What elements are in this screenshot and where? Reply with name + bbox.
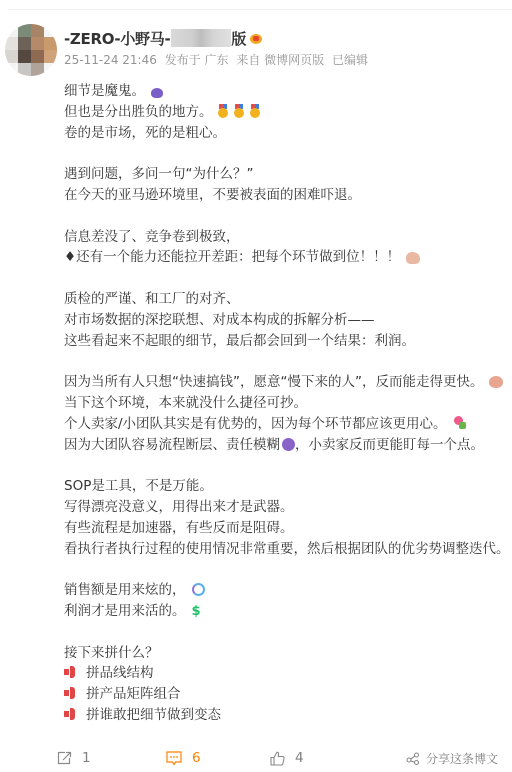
content-line: 卷的是市场，死的是粗心。 — [64, 123, 509, 144]
edited-label[interactable]: 已编辑 — [332, 53, 368, 67]
comment-count: 6 — [192, 750, 201, 766]
devil-icon — [151, 88, 163, 98]
repost-icon — [57, 751, 72, 765]
bullet-item: 拼产品矩阵组合 — [64, 684, 509, 705]
content-line: 对市场数据的深挖联想、对成本构成的拆解分析—— — [64, 310, 509, 331]
heart-hands-icon — [489, 376, 503, 388]
blank-line — [64, 559, 509, 580]
content-line: 信息差没了、竞争卷到极致， — [64, 227, 509, 248]
content-line: 因为当所有人只想“快速搞钱”，愿意“慢下来的人”，反而能走得更快。 — [64, 372, 509, 393]
post-header: -ZERO-小野马- 版 25-11-24 21:46 发布于 广东 来自 微博… — [64, 28, 372, 68]
redacted-name-block — [171, 29, 231, 47]
post-time[interactable]: 25-11-24 21:46 — [64, 53, 157, 67]
repost-count: 1 — [82, 750, 91, 766]
username-tail[interactable]: 版 — [231, 28, 246, 49]
blank-line — [64, 455, 509, 476]
content-line: 因为大团队容易流程断层、责任模糊，小卖家反而更能盯每一个点。 — [64, 435, 509, 456]
content-line: 写得漂亮没意义，用得出来才是武器。 — [64, 497, 509, 518]
comment-icon — [166, 751, 182, 766]
content-line: 看执行者执行过程的使用情况非常重要，然后根据团队的优劣势调整迭代。 — [64, 539, 509, 560]
muscle-icon — [406, 252, 420, 264]
post-actions: 1 6 4 分享这条博文 — [0, 748, 512, 772]
content-line: 个人卖家/小团队其实是有优势的，因为每个环节都应该更用心。 — [64, 414, 509, 435]
content-line: 细节是魔鬼。 — [64, 81, 509, 102]
blank-line — [64, 351, 509, 372]
blank-line — [64, 143, 509, 164]
content-line: 销售额是用来炫的， — [64, 580, 509, 601]
share-button[interactable]: 分享这条博文 — [406, 750, 498, 767]
blank-line — [64, 206, 509, 227]
thumbs-up-icon — [270, 751, 285, 766]
content-line: SOP是工具，不是万能。 — [64, 476, 509, 497]
content-line: 但也是分出胜负的地方。 — [64, 102, 509, 123]
comment-button[interactable]: 6 — [166, 750, 201, 766]
post-meta: 25-11-24 21:46 发布于 广东 来自 微博网页版 已编辑 — [64, 51, 372, 68]
medal-icon — [249, 104, 261, 118]
content-line: 这些看起来不起眼的细节，最后都会回到一个结果：利润。 — [64, 331, 509, 352]
medal-icon — [233, 104, 245, 118]
post-content: 细节是魔鬼。 但也是分出胜负的地方。 卷的是市场，死的是粗心。 遇到问题，多问一… — [64, 81, 509, 726]
share-label: 分享这条博文 — [426, 750, 498, 767]
share-icon — [406, 752, 420, 765]
repost-button[interactable]: 1 — [57, 750, 91, 766]
top-divider — [8, 9, 512, 10]
blank-line — [64, 268, 509, 289]
megaphone-icon — [64, 708, 78, 720]
content-line: 遇到问题，多问一句“为什么？” — [64, 164, 509, 185]
username-row[interactable]: -ZERO-小野马- 版 — [64, 28, 372, 48]
blur-face-icon — [282, 438, 295, 451]
content-line: 有些流程是加速器，有些反而是阻碍。 — [64, 518, 509, 539]
content-line: 在今天的亚马逊环境里，不要被表面的困难吓退。 — [64, 185, 509, 206]
megaphone-icon — [64, 666, 78, 678]
content-line: 接下来拼什么？ — [64, 643, 509, 664]
dollar-icon: $ — [192, 602, 201, 623]
medal-icon — [217, 104, 229, 118]
bullet-item: 拼品线结构 — [64, 663, 509, 684]
cycle-icon — [192, 583, 205, 596]
post-location: 发布于 广东 — [165, 53, 229, 67]
content-line: 利润才是用来活的。$ — [64, 601, 509, 622]
content-line: 质检的严谨、和工厂的对齐、 — [64, 289, 509, 310]
megaphone-icon — [64, 687, 78, 699]
blank-line — [64, 622, 509, 643]
like-count: 4 — [295, 750, 304, 766]
content-line: ♦还有一个能力还能拉开差距：把每个环节做到位！！！ — [64, 247, 509, 268]
crown-icon — [249, 32, 263, 45]
avatar[interactable] — [5, 24, 57, 76]
username[interactable]: -ZERO-小野马- — [64, 28, 170, 49]
like-button[interactable]: 4 — [270, 750, 304, 766]
post-source: 来自 微博网页版 — [236, 53, 324, 67]
content-line: 当下这个环境，本来就没什么捷径可抄。 — [64, 393, 509, 414]
bouquet-icon — [453, 416, 467, 430]
bullet-item: 拼谁敢把细节做到变态 — [64, 705, 509, 726]
